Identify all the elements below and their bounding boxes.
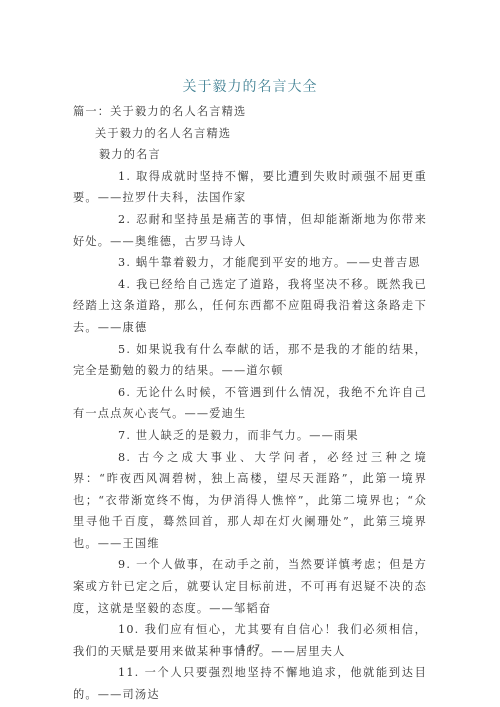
quote-10: 10. 我们应有恒心，尤其要有自信心！我们必须相信，我们的天赋是要用来做某种事情…: [73, 619, 427, 662]
document-title: 关于毅力的名言大全: [0, 76, 500, 96]
quote-11: 11. 一个人只要强烈地坚持不懈地追求，他就能到达目的。——司汤达: [73, 662, 427, 705]
quote-2: 2. 忍耐和坚持虽是痛苦的事情，但却能渐渐地为你带来好处。——奥维德，古罗马诗人: [73, 209, 427, 252]
quote-4: 4. 我已经给自己选定了道路，我将坚决不移。既然我已经踏上这条道路，那么，任何东…: [73, 274, 427, 339]
subheading: 关于毅力的名人名言精选: [73, 123, 427, 145]
section-heading: 篇一：关于毅力的名人名言精选: [73, 101, 427, 123]
subsubheading: 毅力的名言: [73, 144, 427, 166]
quote-9: 9. 一个人做事，在动手之前，当然要详慎考虑；但是方案或方针已定之后，就要认定目…: [73, 554, 427, 619]
quote-8: 8. 古今之成大事业、大学问者，必经过三种之境界：“昨夜西风凋碧树，独上高楼，望…: [73, 447, 427, 555]
page-indicator: 1 / 7: [0, 644, 500, 654]
quote-1: 1. 取得成就时坚持不懈，要比遭到失败时顽强不屈更重要。——拉罗什夫科，法国作家: [73, 166, 427, 209]
quote-6: 6. 无论什么时候，不管遇到什么情况，我绝不允许自己有一点点灰心丧气。——爱迪生: [73, 382, 427, 425]
quote-7: 7. 世人缺乏的是毅力，而非气力。——雨果: [73, 425, 427, 447]
quote-3: 3. 蜗牛靠着毅力，才能爬到平安的地方。——史普吉恩: [73, 252, 427, 274]
quote-5: 5. 如果说我有什么奉献的话，那不是我的才能的结果，完全是勤勉的毅力的结果。——…: [73, 339, 427, 382]
document-body: 篇一：关于毅力的名人名言精选 关于毅力的名人名言精选 毅力的名言 1. 取得成就…: [73, 101, 427, 706]
document-page: 关于毅力的名言大全 篇一：关于毅力的名人名言精选 关于毅力的名人名言精选 毅力的…: [0, 0, 500, 707]
